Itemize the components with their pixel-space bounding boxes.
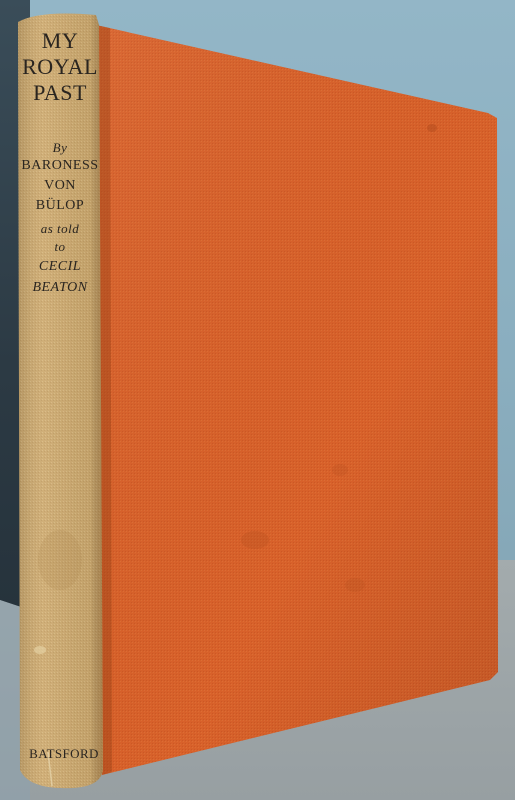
spine-as-told: as told to xyxy=(14,220,106,256)
spine-coauthor-line: BEATON xyxy=(14,277,106,298)
spine-told-line: to xyxy=(14,238,106,256)
book-illustration xyxy=(0,0,515,800)
spine-author-line: BÜLOP xyxy=(14,196,106,216)
spine-by: By xyxy=(14,140,106,156)
spine-title: MY ROYAL PAST xyxy=(14,28,106,106)
spine-coauthor: CECIL BEATON xyxy=(14,256,106,298)
spine-author: BARONESS VON BÜLOP xyxy=(14,156,106,216)
spine-title-line: ROYAL xyxy=(14,54,106,80)
spine-publisher: BATSFORD xyxy=(18,746,110,762)
photo-scene: MY ROYAL PAST By BARONESS VON BÜLOP as t… xyxy=(0,0,515,800)
spine-coauthor-line: CECIL xyxy=(14,256,106,277)
spine-author-line: BARONESS xyxy=(14,156,106,176)
spine-title-line: PAST xyxy=(14,80,106,106)
spine-author-line: VON xyxy=(14,176,106,196)
spine-told-line: as told xyxy=(14,220,106,238)
spine-title-line: MY xyxy=(14,28,106,54)
